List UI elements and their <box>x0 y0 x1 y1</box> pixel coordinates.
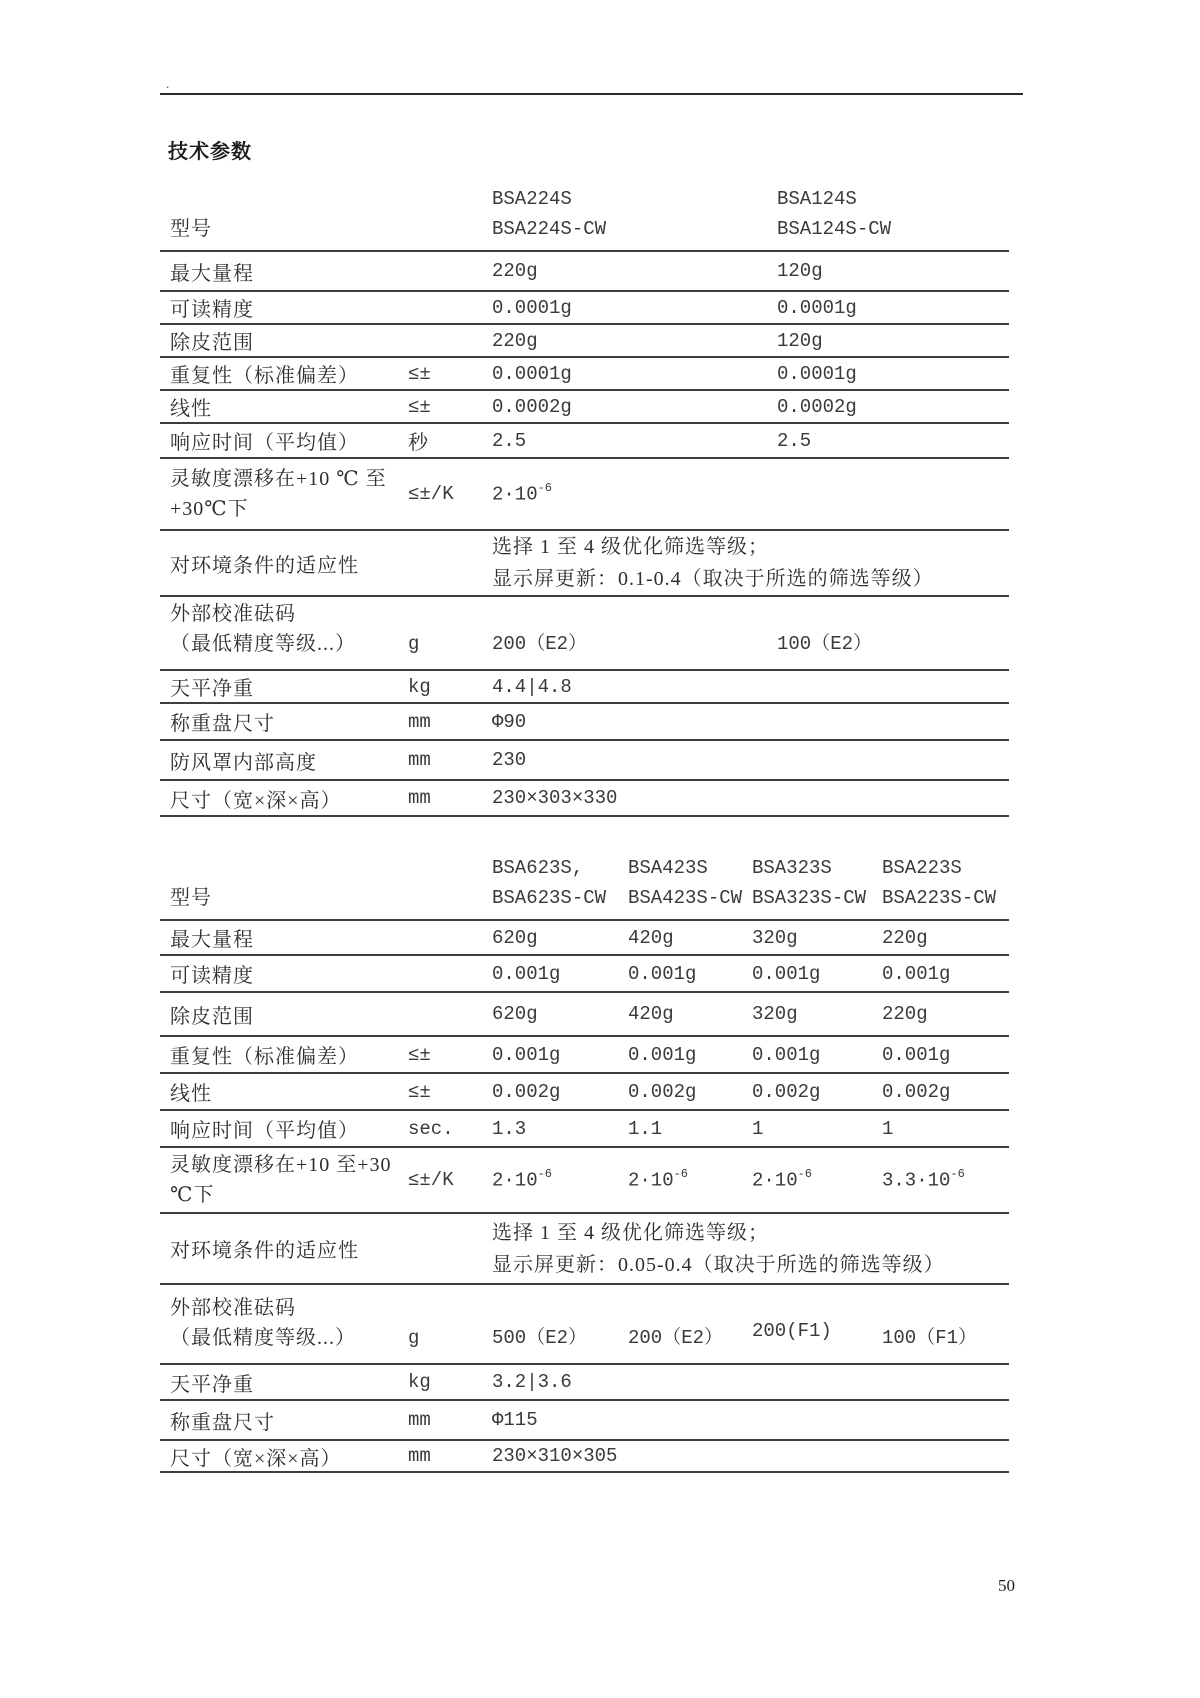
spec-label: 线性 <box>160 1077 408 1106</box>
spec-value: 230×310×305 <box>492 1445 1009 1467</box>
table-row: 对环境条件的适应性 选择 1 至 4 级优化筛选等级； 显示屏更新：0.05-0… <box>160 1212 1009 1283</box>
value-base: 2·10 <box>492 1170 538 1192</box>
spec-value-line: 显示屏更新：0.1-0.4（取决于所选的筛选等级） <box>492 563 1009 595</box>
model-name: BSA224S <box>492 184 777 214</box>
spec-value: 3.3·10-6 <box>882 1168 1009 1191</box>
table-header-row: 型号 BSA224S BSA224S-CW BSA124S BSA124S-CW <box>160 178 1009 250</box>
model-column-1: BSA623S, BSA623S-CW <box>492 853 628 913</box>
spec-unit: mm <box>408 787 492 809</box>
spec-unit: mm <box>408 1409 492 1431</box>
model-column-2: BSA124S BSA124S-CW <box>777 184 1009 244</box>
spec-value: 120g <box>777 260 1009 282</box>
spec-label: 响应时间（平均值） <box>160 1114 408 1143</box>
spec-value: Φ115 <box>492 1409 1009 1431</box>
table-row: 防风罩内部高度 mm 230 <box>160 739 1009 779</box>
spec-label: 称重盘尺寸 <box>160 1406 408 1435</box>
table-row: 灵敏度漂移在+10 至+30 ℃下 ≤±/K 2·10-6 2·10-6 2·1… <box>160 1146 1009 1212</box>
value-exponent: -6 <box>538 481 552 495</box>
spec-value: 0.002g <box>752 1081 882 1103</box>
spec-label-line: 灵敏度漂移在+10 至+30 <box>170 1150 408 1180</box>
spec-label-line: 灵敏度漂移在+10 ℃ 至 <box>170 464 408 494</box>
spec-unit: kg <box>408 676 492 698</box>
spec-label: 最大量程 <box>160 257 408 286</box>
spec-label: 除皮范围 <box>160 326 408 355</box>
spec-value: 选择 1 至 4 级优化筛选等级； 显示屏更新：0.1-0.4（取决于所选的筛选… <box>492 531 1009 595</box>
value-exponent: -6 <box>950 1167 964 1181</box>
model-name: BSA323S <box>752 853 882 883</box>
spec-value: 0.0001g <box>492 297 777 319</box>
table-row: 灵敏度漂移在+10 ℃ 至 +30℃下 ≤±/K 2·10-6 <box>160 457 1009 529</box>
spec-unit: ≤± <box>408 1044 492 1066</box>
model-name: BSA623S-CW <box>492 883 628 913</box>
spec-label: 天平净重 <box>160 672 408 701</box>
spec-value: 1 <box>752 1118 882 1140</box>
table-row: 可读精度 0.0001g 0.0001g <box>160 290 1009 323</box>
table-row: 线性 ≤± 0.0002g 0.0002g <box>160 389 1009 422</box>
table-row: 对环境条件的适应性 选择 1 至 4 级优化筛选等级； 显示屏更新：0.1-0.… <box>160 529 1009 595</box>
spec-label: 线性 <box>160 392 408 421</box>
table-row: 响应时间（平均值） 秒 2.5 2.5 <box>160 422 1009 457</box>
spec-label: 对环境条件的适应性 <box>160 1234 408 1263</box>
table-row: 尺寸（宽×深×高） mm 230×310×305 <box>160 1439 1009 1471</box>
spec-unit: ≤± <box>408 1081 492 1103</box>
spec-label-line: 外部校准砝码 <box>170 1293 408 1323</box>
model-name: BSA124S-CW <box>777 214 1009 244</box>
spec-unit: mm <box>408 711 492 733</box>
table-row: 重复性（标准偏差） ≤± 0.001g 0.001g 0.001g 0.001g <box>160 1035 1009 1072</box>
spec-value: 0.001g <box>752 963 882 985</box>
spec-label: 最大量程 <box>160 923 408 952</box>
table-row: 可读精度 0.001g 0.001g 0.001g 0.001g <box>160 954 1009 991</box>
spec-value: 0.0002g <box>492 396 777 418</box>
spec-label-line: （最低精度等级...） <box>170 1323 408 1353</box>
spec-value: 620g <box>492 1003 628 1025</box>
spec-value: 420g <box>628 1003 752 1025</box>
spec-value: 200（E2） <box>628 1323 752 1353</box>
spec-value: 220g <box>492 330 777 352</box>
spec-unit: g <box>408 1323 492 1353</box>
table-row: 天平净重 kg 3.2|3.6 <box>160 1363 1009 1399</box>
value-base: 3.3·10 <box>882 1170 950 1192</box>
table-header-row: 型号 BSA623S, BSA623S-CW BSA423S BSA423S-C… <box>160 853 1009 919</box>
spec-value-line: 选择 1 至 4 级优化筛选等级； <box>492 531 1009 563</box>
table-row: 最大量程 620g 420g 320g 220g <box>160 919 1009 954</box>
spec-value: 220g <box>882 927 1009 949</box>
spec-value: 2.5 <box>777 430 1009 452</box>
spec-value: 2·10-6 <box>492 1168 628 1191</box>
spec-unit: kg <box>408 1371 492 1393</box>
spec-label-line: +30℃下 <box>170 494 408 524</box>
model-row-label: 型号 <box>160 214 408 244</box>
spec-label: 灵敏度漂移在+10 ℃ 至 +30℃下 <box>160 464 408 524</box>
spec-value: 100（E2） <box>777 629 1009 659</box>
spec-value-line: 显示屏更新：0.05-0.4（取决于所选的筛选等级） <box>492 1249 1009 1281</box>
spec-value: 420g <box>628 927 752 949</box>
spec-value-line: 选择 1 至 4 级优化筛选等级； <box>492 1217 1009 1249</box>
value-base: 2·10 <box>752 1170 798 1192</box>
value-exponent: -6 <box>538 1167 552 1181</box>
spec-unit: g <box>408 629 492 659</box>
model-column-3: BSA323S BSA323S-CW <box>752 853 882 913</box>
model-name: BSA423S <box>628 853 752 883</box>
spec-value: 0.001g <box>628 963 752 985</box>
table-row: 天平净重 kg 4.4|4.8 <box>160 669 1009 702</box>
model-column-4: BSA223S BSA223S-CW <box>882 853 1009 913</box>
spec-unit: 秒 <box>408 426 492 455</box>
spec-value: Φ90 <box>492 711 777 733</box>
spec-value: 220g <box>882 1003 1009 1025</box>
spec-label-line: 外部校准砝码 <box>170 599 408 629</box>
spec-label: 可读精度 <box>160 959 408 988</box>
spec-value: 100（F1） <box>882 1323 1009 1353</box>
spec-value: 200(F1) <box>752 1316 882 1346</box>
spec-value: 0.001g <box>882 1044 1009 1066</box>
table-row: 除皮范围 220g 120g <box>160 323 1009 356</box>
spec-table-2: 型号 BSA623S, BSA623S-CW BSA423S BSA423S-C… <box>160 853 1009 1473</box>
model-column-1: BSA224S BSA224S-CW <box>492 184 777 244</box>
spec-label: 尺寸（宽×深×高） <box>160 1442 408 1471</box>
spec-label: 重复性（标准偏差） <box>160 1040 408 1069</box>
spec-value: 2·10-6 <box>492 482 777 505</box>
spec-label: 重复性（标准偏差） <box>160 359 408 388</box>
spec-value: 220g <box>492 260 777 282</box>
table-row: 除皮范围 620g 420g 320g 220g <box>160 991 1009 1035</box>
header-dot: . <box>166 76 169 92</box>
spec-label: 防风罩内部高度 <box>160 746 408 775</box>
spec-label: 尺寸（宽×深×高） <box>160 784 408 813</box>
spec-value: 1.1 <box>628 1118 752 1140</box>
spec-unit: ≤± <box>408 396 492 418</box>
value-base: 2·10 <box>492 484 538 506</box>
spec-value: 选择 1 至 4 级优化筛选等级； 显示屏更新：0.05-0.4（取决于所选的筛… <box>492 1217 1009 1281</box>
spec-unit: ≤±/K <box>408 1169 492 1191</box>
spec-value: 120g <box>777 330 1009 352</box>
spec-label-line: （最低精度等级...） <box>170 629 408 659</box>
table-row: 称重盘尺寸 mm Φ90 <box>160 702 1009 739</box>
spec-unit: sec. <box>408 1118 492 1140</box>
spec-value: 620g <box>492 927 628 949</box>
model-row-label: 型号 <box>160 883 408 913</box>
spec-value: 1 <box>882 1118 1009 1140</box>
model-name: BSA223S <box>882 853 1009 883</box>
model-name: BSA423S-CW <box>628 883 752 913</box>
spec-value: 0.0001g <box>492 363 777 385</box>
spec-label: 称重盘尺寸 <box>160 707 408 736</box>
spec-value: 230 <box>492 749 777 771</box>
table-row: 外部校准砝码 （最低精度等级...） g 500（E2） 200（E2） 200… <box>160 1283 1009 1363</box>
spec-value: 2·10-6 <box>628 1168 752 1191</box>
value-exponent: -6 <box>674 1167 688 1181</box>
spec-label: 响应时间（平均值） <box>160 426 408 455</box>
table-row: 尺寸（宽×深×高） mm 230×303×330 <box>160 779 1009 815</box>
page-title: 技术参数 <box>168 135 1009 164</box>
spec-value: 320g <box>752 1003 882 1025</box>
spec-label-line: ℃下 <box>170 1180 408 1210</box>
spec-value: 0.0002g <box>777 396 1009 418</box>
header-rule: . <box>160 0 1023 95</box>
model-name: BSA623S, <box>492 853 628 883</box>
spec-value: 200（E2） <box>492 629 777 659</box>
spec-label: 天平净重 <box>160 1368 408 1397</box>
value-base: 2·10 <box>628 1170 674 1192</box>
table-row: 线性 ≤± 0.002g 0.002g 0.002g 0.002g <box>160 1072 1009 1109</box>
spec-value: 320g <box>752 927 882 949</box>
page-content: . 技术参数 型号 BSA224S BSA224S-CW BSA124S BSA… <box>160 0 1009 1473</box>
spec-value: 230×303×330 <box>492 787 777 809</box>
spec-unit: mm <box>408 1445 492 1467</box>
spec-label: 外部校准砝码 （最低精度等级...） <box>160 599 408 659</box>
spec-value: 0.002g <box>492 1081 628 1103</box>
spec-value: 0.0001g <box>777 363 1009 385</box>
model-name: BSA124S <box>777 184 1009 214</box>
spec-value: 0.001g <box>492 1044 628 1066</box>
spec-value: 3.2|3.6 <box>492 1371 1009 1393</box>
model-name: BSA223S-CW <box>882 883 1009 913</box>
spec-unit: ≤±/K <box>408 483 492 505</box>
spec-value: 0.001g <box>752 1044 882 1066</box>
spec-value: 4.4|4.8 <box>492 676 777 698</box>
spec-value: 0.001g <box>492 963 628 985</box>
model-name: BSA224S-CW <box>492 214 777 244</box>
table-row: 响应时间（平均值） sec. 1.3 1.1 1 1 <box>160 1109 1009 1146</box>
table-row: 最大量程 220g 120g <box>160 250 1009 290</box>
spec-value: 0.001g <box>628 1044 752 1066</box>
spec-table-1: 型号 BSA224S BSA224S-CW BSA124S BSA124S-CW… <box>160 178 1009 817</box>
spec-value: 1.3 <box>492 1118 628 1140</box>
document-page: . 技术参数 型号 BSA224S BSA224S-CW BSA124S BSA… <box>0 0 1200 1698</box>
spec-unit: ≤± <box>408 363 492 385</box>
spec-value: 0.002g <box>882 1081 1009 1103</box>
spec-label: 除皮范围 <box>160 1000 408 1029</box>
value-exponent: -6 <box>798 1167 812 1181</box>
spec-value: 0.001g <box>882 963 1009 985</box>
table-row: 称重盘尺寸 mm Φ115 <box>160 1399 1009 1439</box>
spec-label: 外部校准砝码 （最低精度等级...） <box>160 1293 408 1353</box>
table-row: 重复性（标准偏差） ≤± 0.0001g 0.0001g <box>160 356 1009 389</box>
spec-label: 灵敏度漂移在+10 至+30 ℃下 <box>160 1150 408 1210</box>
spec-value: 0.002g <box>628 1081 752 1103</box>
spec-value: 0.0001g <box>777 297 1009 319</box>
table-row: 外部校准砝码 （最低精度等级...） g 200（E2） 100（E2） <box>160 595 1009 669</box>
spec-value: 500（E2） <box>492 1323 628 1353</box>
spec-unit: mm <box>408 749 492 771</box>
spec-value: 2·10-6 <box>752 1168 882 1191</box>
model-column-2: BSA423S BSA423S-CW <box>628 853 752 913</box>
spec-label: 可读精度 <box>160 293 408 322</box>
page-number: 50 <box>998 1576 1015 1596</box>
spec-value: 2.5 <box>492 430 777 452</box>
model-name: BSA323S-CW <box>752 883 882 913</box>
spec-label: 对环境条件的适应性 <box>160 549 408 578</box>
